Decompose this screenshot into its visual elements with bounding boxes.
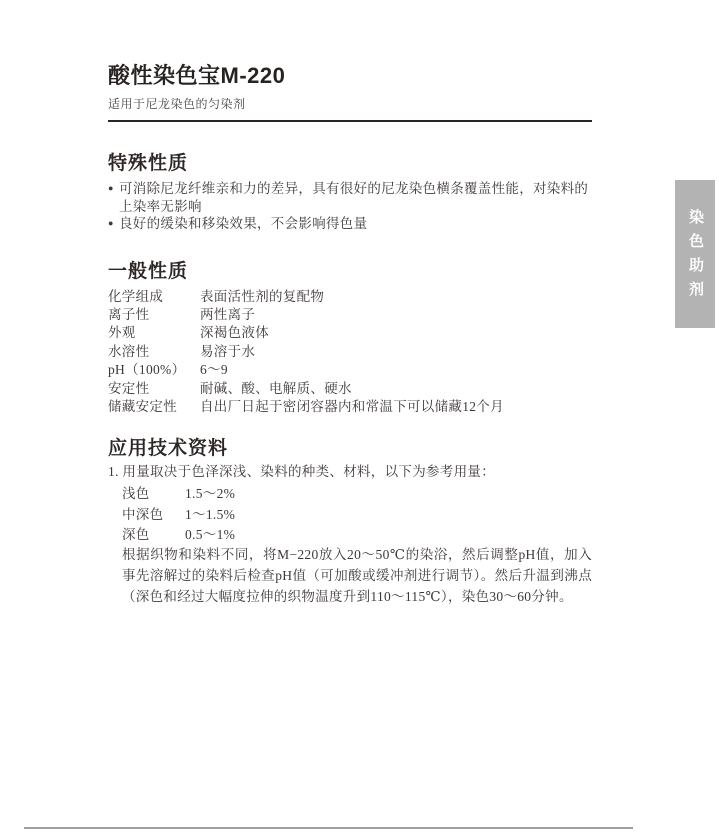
- property-label: 水溶性: [108, 343, 200, 361]
- dosage-label: 深色: [122, 525, 185, 545]
- section-application: 应用技术资料 1. 用量取决于色泽深浅、染料的种类、材料，以下为参考用量： 浅色…: [108, 438, 592, 607]
- page-bottom-divider: [24, 827, 633, 829]
- section-general-properties: 一般性质 化学组成 表面活性剂的复配物 离子性 两性离子 外观 深褐色液体 水溶…: [108, 261, 592, 417]
- property-value: 耐碱、酸、电解质、硬水: [200, 380, 592, 398]
- property-value: 两性离子: [200, 306, 592, 324]
- list-item: ● 可消除尼龙纤维亲和力的差异，具有很好的尼龙染色横条覆盖性能，对染料的上染率无…: [108, 180, 592, 215]
- property-value: 易溶于水: [200, 343, 592, 361]
- side-tab-label: 染色助剂: [675, 203, 715, 305]
- page-title: 酸性染色宝M-220: [108, 64, 592, 88]
- table-row: 外观 深褐色液体: [108, 324, 592, 342]
- dosage-value: 1～1.5%: [185, 505, 592, 525]
- application-item: 1. 用量取决于色泽深浅、染料的种类、材料，以下为参考用量：: [108, 463, 592, 481]
- property-label: 储藏安定性: [108, 398, 200, 416]
- property-label: 离子性: [108, 306, 200, 324]
- dosage-value: 0.5～1%: [185, 525, 592, 545]
- bullet-text: 可消除尼龙纤维亲和力的差异，具有很好的尼龙染色横条覆盖性能，对染料的上染率无影响: [119, 180, 592, 215]
- table-row: 储藏安定性 自出厂日起于密闭容器内和常温下可以储藏12个月: [108, 398, 592, 416]
- general-properties-table: 化学组成 表面活性剂的复配物 离子性 两性离子 外观 深褐色液体 水溶性 易溶于…: [108, 288, 592, 417]
- header-divider: [108, 120, 592, 122]
- bullet-text: 良好的缓染和移染效果，不会影响得色量: [119, 215, 592, 233]
- application-paragraph: 根据织物和染料不同，将M−220放入20～50℃的染浴，然后调整pH值，加入事先…: [122, 545, 592, 607]
- table-row: 安定性 耐碱、酸、电解质、硬水: [108, 380, 592, 398]
- property-label: 化学组成: [108, 288, 200, 306]
- table-row: 浅色 1.5～2%: [122, 484, 592, 504]
- property-value: 自出厂日起于密闭容器内和常温下可以储藏12个月: [200, 398, 592, 416]
- table-row: 离子性 两性离子: [108, 306, 592, 324]
- page-subtitle: 适用于尼龙染色的匀染剂: [108, 97, 592, 111]
- dosage-table: 浅色 1.5～2% 中深色 1～1.5% 深色 0.5～1%: [122, 484, 592, 545]
- table-row: 深色 0.5～1%: [122, 525, 592, 545]
- table-row: 化学组成 表面活性剂的复配物: [108, 288, 592, 306]
- section-heading-application: 应用技术资料: [108, 438, 592, 460]
- dosage-label: 浅色: [122, 484, 185, 504]
- dosage-value: 1.5～2%: [185, 484, 592, 504]
- special-properties-list: ● 可消除尼龙纤维亲和力的差异，具有很好的尼龙染色横条覆盖性能，对染料的上染率无…: [108, 180, 592, 233]
- section-heading-special: 特殊性质: [108, 153, 592, 175]
- category-side-tab: 染色助剂: [675, 180, 715, 328]
- bullet-icon: ●: [108, 180, 119, 215]
- document-page: 酸性染色宝M-220 适用于尼龙染色的匀染剂 特殊性质 ● 可消除尼龙纤维亲和力…: [108, 64, 592, 607]
- section-heading-general: 一般性质: [108, 261, 592, 283]
- property-value: 深褐色液体: [200, 324, 592, 342]
- section-special-properties: 特殊性质 ● 可消除尼龙纤维亲和力的差异，具有很好的尼龙染色横条覆盖性能，对染料…: [108, 153, 592, 233]
- property-label: 外观: [108, 324, 200, 342]
- property-label: 安定性: [108, 380, 200, 398]
- table-row: 中深色 1～1.5%: [122, 505, 592, 525]
- bullet-icon: ●: [108, 215, 119, 233]
- list-item: ● 良好的缓染和移染效果，不会影响得色量: [108, 215, 592, 233]
- application-body: 1. 用量取决于色泽深浅、染料的种类、材料，以下为参考用量： 浅色 1.5～2%…: [108, 463, 592, 607]
- dosage-label: 中深色: [122, 505, 185, 525]
- table-row: pH（100%） 6～9: [108, 361, 592, 379]
- table-row: 水溶性 易溶于水: [108, 343, 592, 361]
- property-label: pH（100%）: [108, 361, 200, 379]
- property-value: 6～9: [200, 361, 592, 379]
- property-value: 表面活性剂的复配物: [200, 288, 592, 306]
